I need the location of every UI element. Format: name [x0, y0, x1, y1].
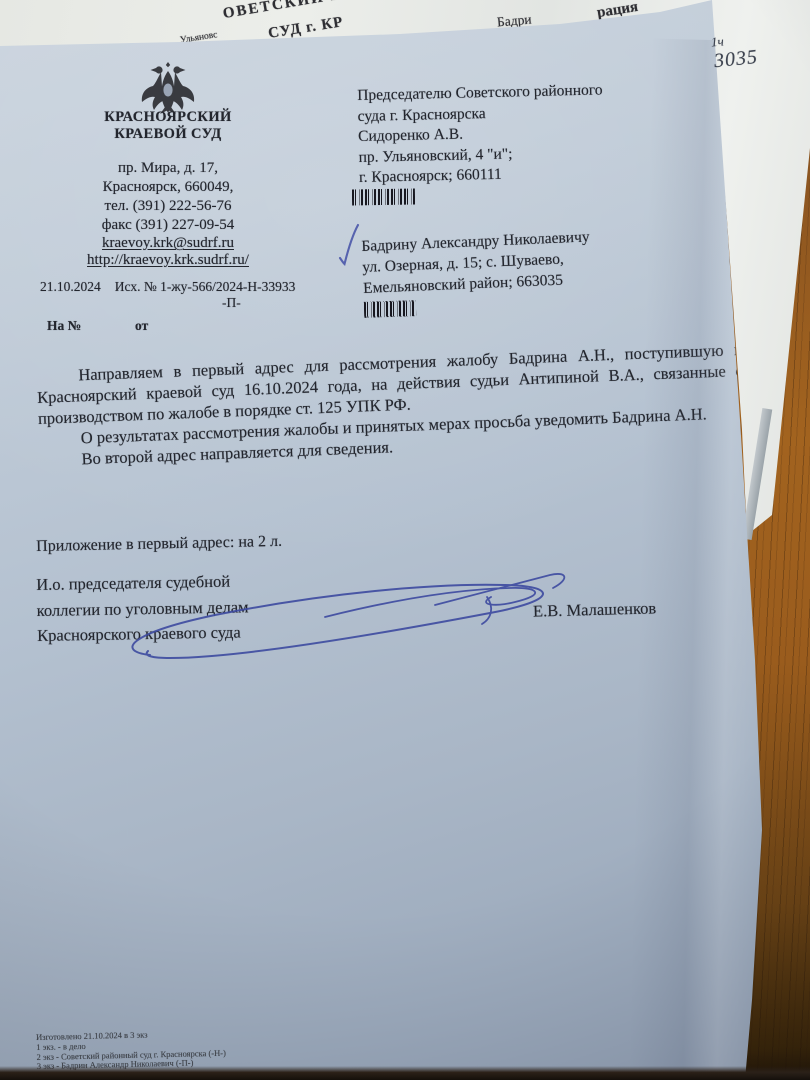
handwritten-number: 3035 [713, 46, 759, 73]
handwritten-note: 1ч [710, 33, 724, 50]
court-fax: факс (391) 227-09-54 [52, 217, 284, 234]
table-edge [0, 1066, 810, 1080]
letter-date: 21.10.2024 [40, 279, 101, 294]
court-address-line: Красноярск, 660049, [52, 179, 284, 196]
court-name-line1: КРАСНОЯРСКИЙ [52, 109, 284, 126]
court-address-line: пр. Мира, д. 17, [52, 160, 284, 177]
reference-row: 21.10.2024Исх. № 1-жу-566/2024-Н-33933 [40, 279, 295, 295]
court-phone: тел. (391) 222-56-76 [52, 198, 284, 215]
court-website: http://kraevoy.krk.sudrf.ru/ [52, 252, 284, 269]
attachment-note: Приложение в первый адрес: на 2 л. [36, 533, 282, 556]
outgoing-number: Исх. № 1-жу-566/2024-Н-33933 [115, 279, 296, 294]
recipient-line: г. Красноярск; 660111 [359, 162, 605, 188]
reply-to-label: На № [47, 318, 81, 334]
russian-coat-of-arms-icon [139, 60, 197, 116]
recipient-first-address: Председателю Советского районного суда г… [357, 80, 605, 188]
recipient-second-address: Бадрину Александру Николаевичу ул. Озерн… [361, 226, 592, 299]
barcode [364, 300, 417, 318]
handwritten-checkmark [334, 222, 364, 270]
letter-document: КРАСНОЯРСКИЙ КРАЕВОЙ СУД пр. Мира, д. 17… [0, 0, 810, 1080]
court-email: kraevoy.krk@sudrf.ru [52, 235, 284, 252]
page-suffix: -П- [222, 295, 241, 311]
handwritten-signature [95, 555, 575, 680]
barcode [352, 188, 415, 205]
photo-of-document: рация ОВЕТСКИЙ РАЙОН СУД г. КР Ульяновс … [0, 0, 810, 1080]
letter-body: Направляем в первый адрес для рассмотрен… [36, 339, 746, 471]
court-name-line2: КРАЕВОЙ СУД [52, 126, 284, 143]
reply-from-label: от [135, 318, 148, 334]
